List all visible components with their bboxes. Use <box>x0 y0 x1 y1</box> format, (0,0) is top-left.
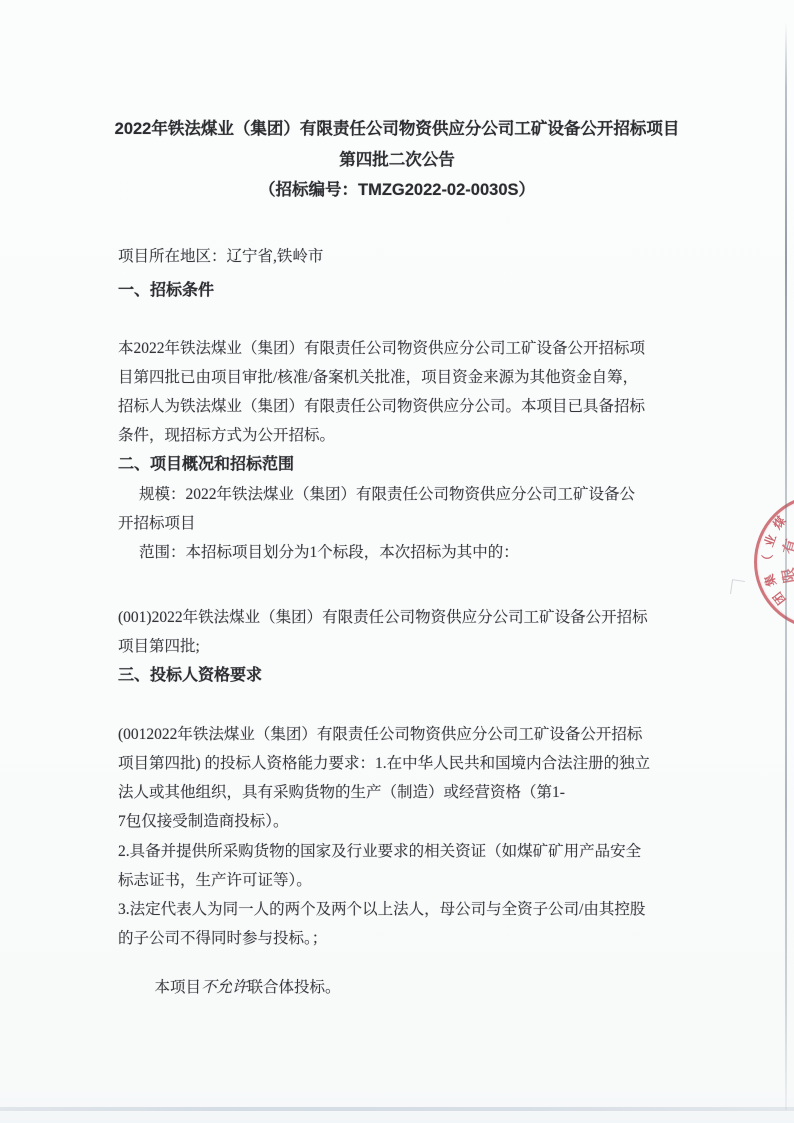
section-1-heading: 一、招标条件 <box>118 282 214 299</box>
no-consortium-suffix: 联合体投标。 <box>248 979 341 996</box>
scanned-document-page: 2022年铁法煤业（集团）有限责任公司物资供应分公司工矿设备公开招标项目 第四批… <box>0 0 794 1123</box>
range-line: 范围：本招标项目划分为1个标段，本次招标为其中的： <box>139 544 519 561</box>
document-title-line-1: 2022年铁法煤业（集团）有限责任公司物资供应分公司工矿设备公开招标项目 <box>0 121 794 138</box>
seal-arc-character: （ <box>759 554 776 566</box>
page-bottom-edge <box>0 1107 794 1111</box>
scan-smudge-mark <box>730 579 745 596</box>
section-3-heading: 三、投标人资格要求 <box>118 667 262 684</box>
qualification-line: 法人或其他组织，具有采购货物的生产（制造）或经营资格（第1- <box>118 784 565 801</box>
scale-line: 规模：2022年铁法煤业（集团）有限责任公司物资供应分公司工矿设备公 <box>139 486 635 503</box>
document-title-line-2: 第四批二次公告 <box>0 152 794 169</box>
qualification-line: 2.具备并提供所采购货物的国家及行业要求的相关资证（如煤矿矿用产品安全 <box>118 843 641 860</box>
section-1-line: 招标人为铁法煤业（集团）有限责任公司物资供应分公司。本项目已具备招标 <box>118 398 645 415</box>
qualification-line: 标志证书，生产许可证等）。 <box>118 872 312 889</box>
section-1-line: 条件，现招标方式为公开招标。 <box>118 427 335 444</box>
qualification-line: (0012022年铁法煤业（集团）有限责任公司物资供应分公司工矿设备公开招标 <box>118 726 642 743</box>
qualification-line: 项目第四批) 的投标人资格能力要求：1.在中华人民共和国境内合法注册的独立 <box>118 755 650 772</box>
qualification-line: 7包仅接受制造商投标）。 <box>118 813 289 830</box>
project-location-line: 项目所在地区：辽宁省,铁岭市 <box>118 248 323 265</box>
segment-line: (001)2022年铁法煤业（集团）有限责任公司物资供应分公司工矿设备公开招标 <box>118 609 648 626</box>
no-consortium-line: 本项目不允许联合体投标。 <box>139 962 341 1013</box>
tender-number-line: （招标编号：TMZG2022-02-0030S） <box>0 182 794 199</box>
qualification-line: 的子公司不得同时参与投标。； <box>118 930 327 947</box>
no-consortium-prefix: 本项目 <box>155 979 202 996</box>
page-edge-shadow <box>785 22 787 1110</box>
section-1-line: 本2022年铁法煤业（集团）有限责任公司物资供应分公司工矿设备公开招标项 <box>118 340 645 357</box>
section-1-line: 目第四批已由项目审批/核准/备案机关批准，项目资金来源为其他资金自筹， <box>118 369 638 386</box>
scale-line: 开招标项目 <box>118 515 196 532</box>
qualification-line: 3.法定代表人为同一人的两个及两个以上法人，母公司与全资子公司/由其控股 <box>118 901 645 918</box>
section-2-heading: 二、项目概况和招标范围 <box>118 456 294 473</box>
segment-line: 项目第四批; <box>118 638 200 655</box>
no-consortium-emphasis: 不允许 <box>201 979 248 996</box>
